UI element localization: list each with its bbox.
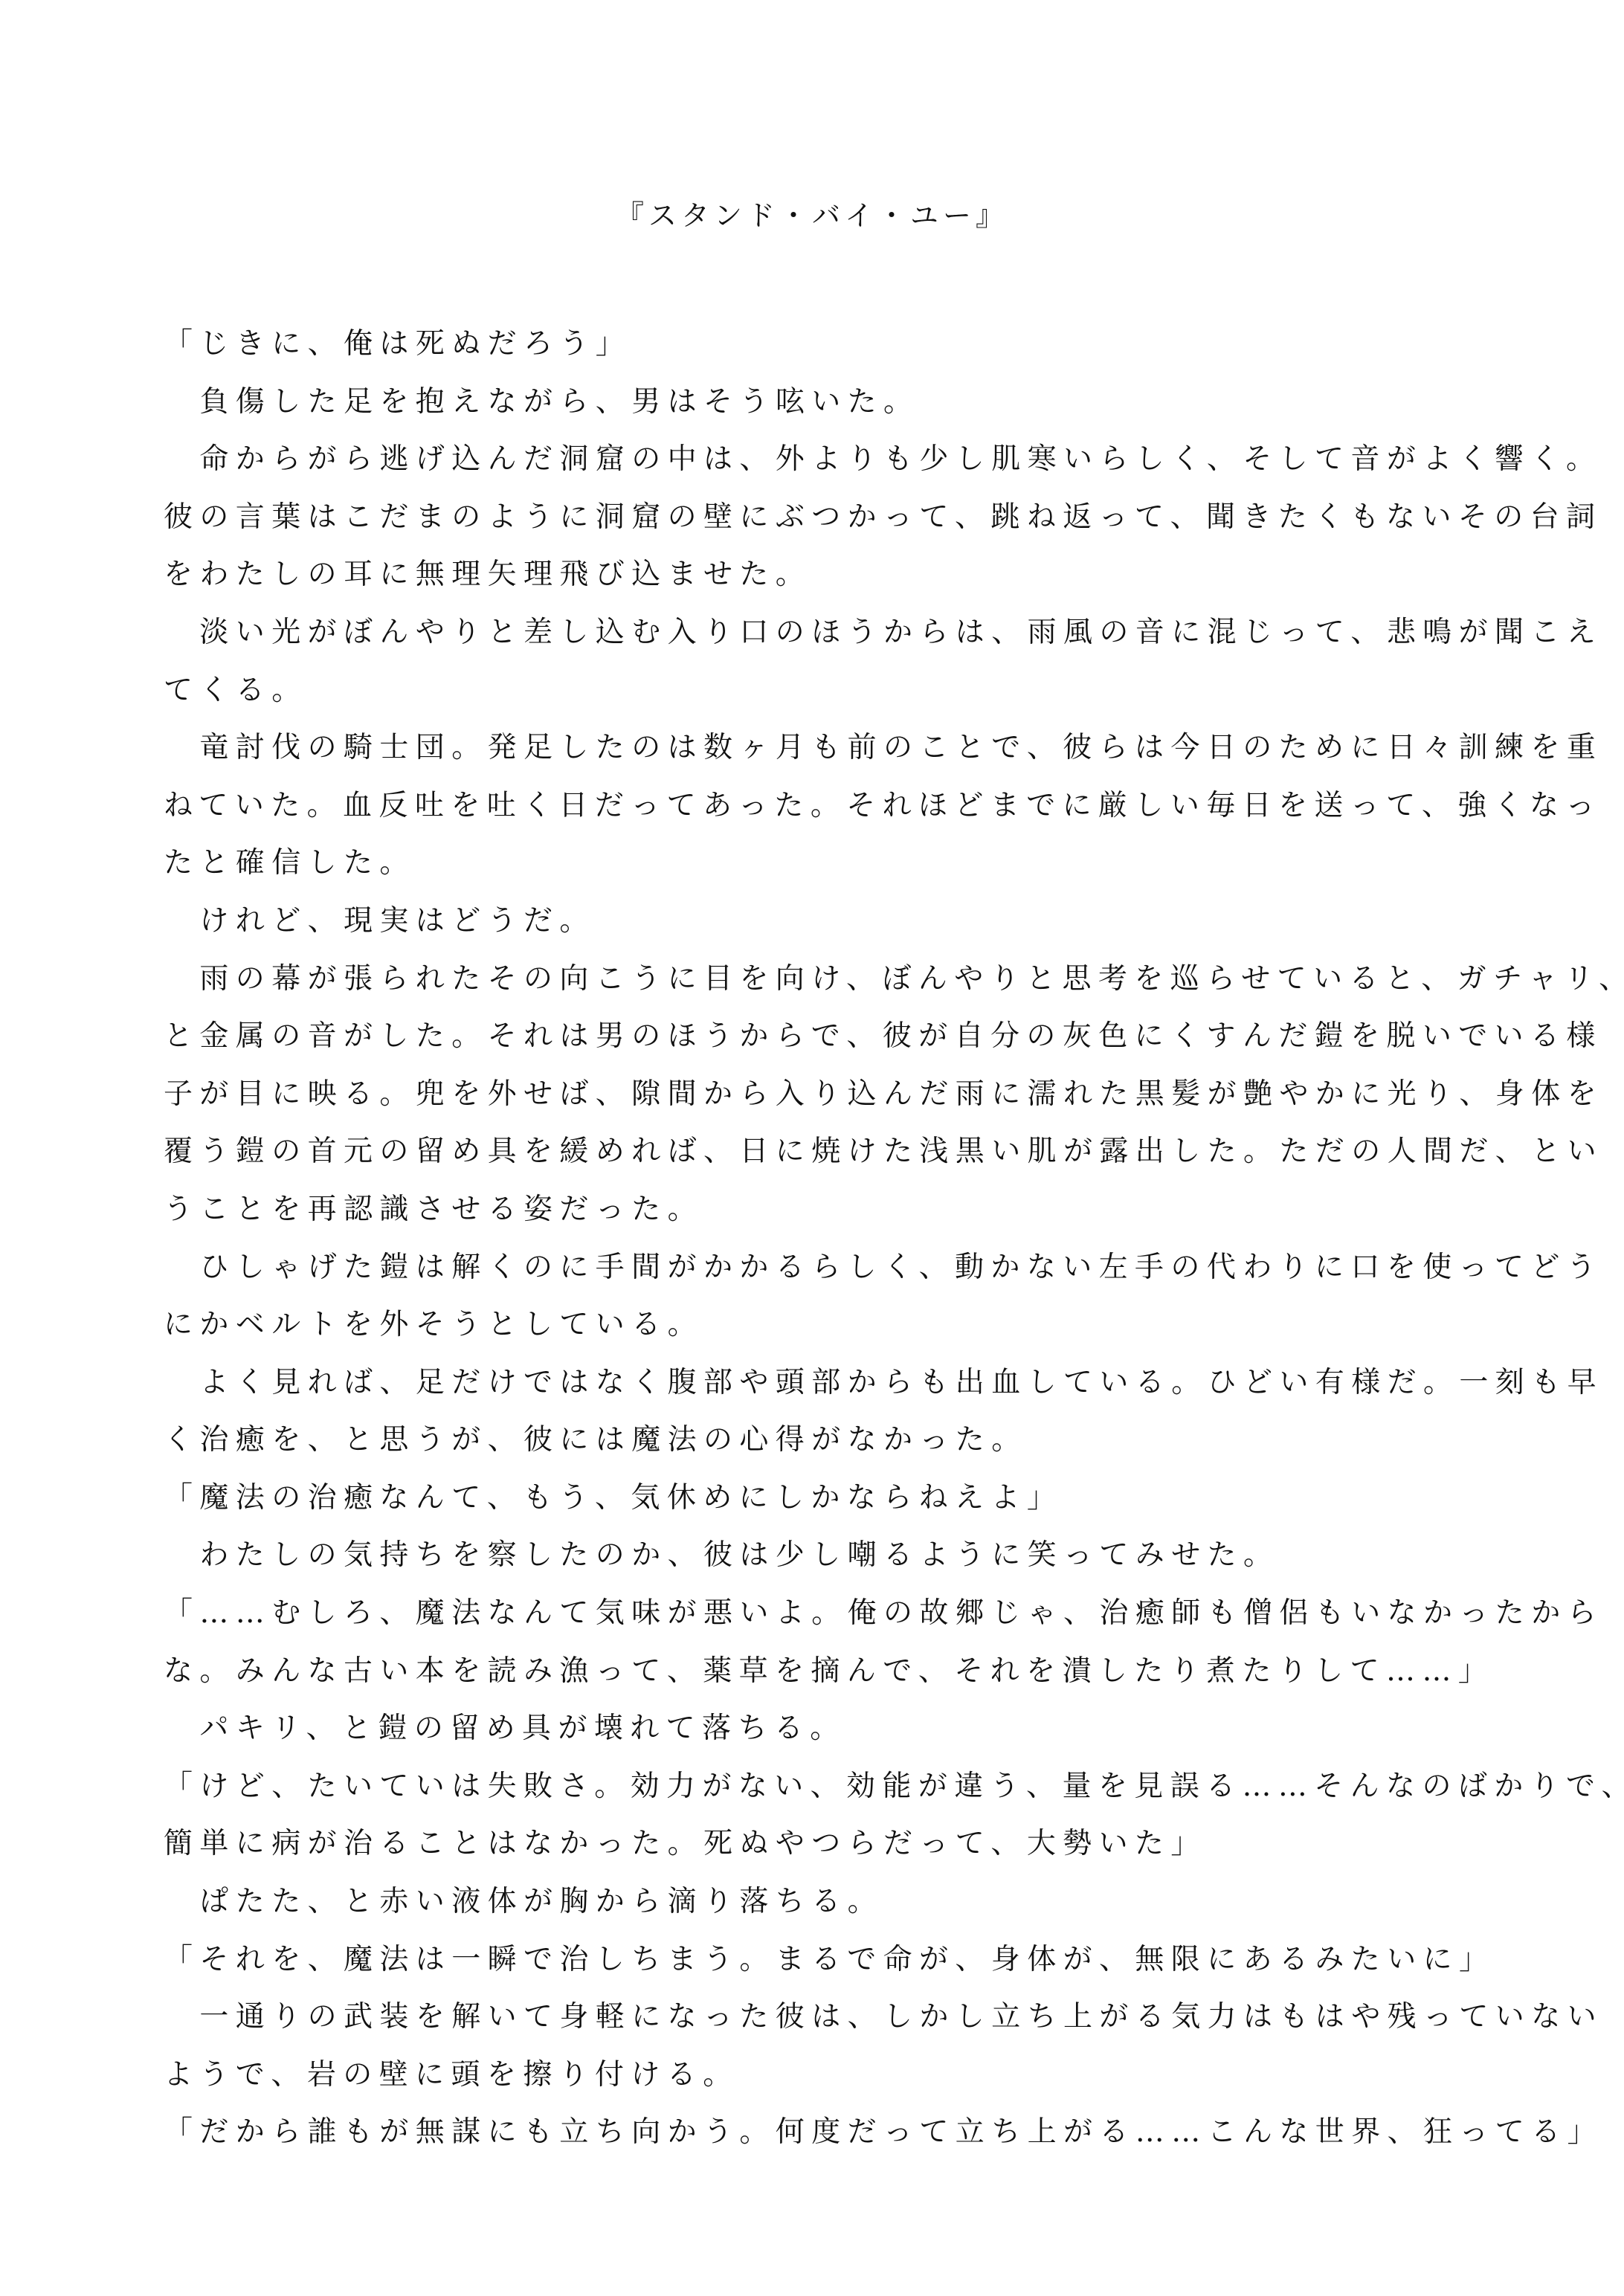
text-line: 「だから誰もが無謀にも立ち向かう。何度だって立ち上がる……こんな世界、狂ってる」 <box>164 2103 1472 2161</box>
text-line: 「魔法の治癒なんて、もう、気休めにしかならねえよ」 <box>164 1469 1472 1527</box>
text-line: 覆う鎧の首元の留め具を緩めれば、日に焼けた浅黒い肌が露出した。ただの人間だ、とい <box>164 1123 1472 1181</box>
text-line: ぱたた、と赤い液体が胸から滴り落ちる。 <box>164 1873 1472 1931</box>
text-line: ひしゃげた鎧は解くのに手間がかかるらしく、動かない左手の代わりに口を使ってどう <box>164 1239 1472 1297</box>
text-line: をわたしの耳に無理矢理飛び込ませた。 <box>164 546 1472 604</box>
text-line: 「けど、たいていは失敗さ。効力がない、効能が違う、量を見誤る……そんなのばかりで… <box>164 1758 1472 1816</box>
text-line: 命からがら逃げ込んだ洞窟の中は、外よりも少し肌寒いらしく、そして音がよく響く。 <box>164 430 1472 488</box>
text-line: にかベルトを外そうとしている。 <box>164 1296 1472 1354</box>
text-line: 雨の幕が張られたその向こうに目を向け、ぼんやりと思考を巡らせていると、ガチャリ、 <box>164 950 1472 1008</box>
text-line: 一通りの武装を解いて身軽になった彼は、しかし立ち上がる気力はもはや残っていない <box>164 1988 1472 2046</box>
text-line: たと確信した。 <box>164 834 1472 892</box>
text-line: 簡単に病が治ることはなかった。死ぬやつらだって、大勢いた」 <box>164 1815 1472 1873</box>
text-line: ようで、岩の壁に頭を擦り付ける。 <box>164 2046 1472 2104</box>
text-line: 淡い光がぼんやりと差し込む入り口のほうからは、雨風の音に混じって、悲鳴が聞こえ <box>164 604 1472 662</box>
document-page: 『スタンド・バイ・ユー』 「じきに、俺は死ぬだろう」 負傷した足を抱えながら、男… <box>0 0 1624 2296</box>
text-line: わたしの気持ちを察したのか、彼は少し嘲るように笑ってみせた。 <box>164 1526 1472 1584</box>
text-line: 「それを、魔法は一瞬で治しちまう。まるで命が、身体が、無限にあるみたいに」 <box>164 1931 1472 1989</box>
text-line: 子が目に映る。兜を外せば、隙間から入り込んだ雨に濡れた黒髪が艶やかに光り、身体を <box>164 1065 1472 1123</box>
text-line: ねていた。血反吐を吐く日だってあった。それほどまでに厳しい毎日を送って、強くなっ <box>164 777 1472 835</box>
text-line: 彼の言葉はこだまのように洞窟の壁にぶつかって、跳ね返って、聞きたくもないその台詞 <box>164 488 1472 546</box>
text-line: うことを再認識させる姿だった。 <box>164 1181 1472 1239</box>
text-line: 「じきに、俺は死ぬだろう」 <box>164 315 1472 373</box>
text-line: 竜討伐の騎士団。発足したのは数ヶ月も前のことで、彼らは今日のために日々訓練を重 <box>164 719 1472 777</box>
text-line: 負傷した足を抱えながら、男はそう呟いた。 <box>164 373 1472 431</box>
text-line: 「……むしろ、魔法なんて気味が悪いよ。俺の故郷じゃ、治癒師も僧侶もいなかったから <box>164 1584 1472 1642</box>
text-line: と金属の音がした。それは男のほうからで、彼が自分の灰色にくすんだ鎧を脱いでいる様 <box>164 1007 1472 1065</box>
text-line: な。みんな古い本を読み漁って、薬草を摘んで、それを潰したり煮たりして……」 <box>164 1642 1472 1700</box>
text-line: パキリ、と鎧の留め具が壊れて落ちる。 <box>164 1700 1472 1758</box>
text-line: てくる。 <box>164 662 1472 720</box>
document-body: 「じきに、俺は死ぬだろう」 負傷した足を抱えながら、男はそう呟いた。 命からがら… <box>164 315 1472 2161</box>
text-line: よく見れば、足だけではなく腹部や頭部からも出血している。ひどい有様だ。一刻も早 <box>164 1354 1472 1412</box>
text-line: く治癒を、と思うが、彼には魔法の心得がなかった。 <box>164 1411 1472 1469</box>
document-title: 『スタンド・バイ・ユー』 <box>0 195 1624 236</box>
text-line: けれど、現実はどうだ。 <box>164 892 1472 950</box>
